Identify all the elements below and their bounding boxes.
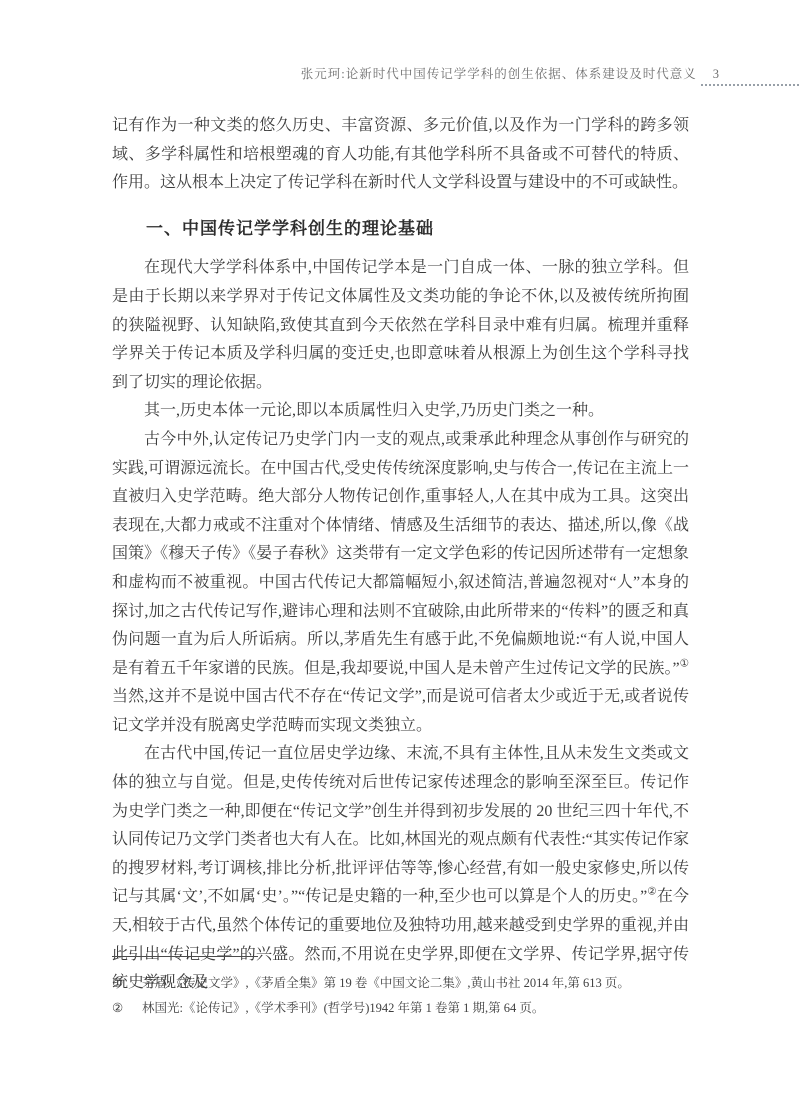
paragraph: 记有作为一种文类的悠久历史、丰富资源、多元价值,以及作为一门学科的跨多领域、多学… [112, 112, 689, 198]
document-page: 张元珂:论新时代中国传记学学科的创生依据、体系建设及时代意义 3 记有作为一种文… [0, 0, 799, 1114]
footnote-item: ②林国光:《论传记》,《学术季刊》(哲学号)1942 年第 1 卷第 1 期,第… [112, 996, 689, 1021]
footnote-ref: ② [647, 887, 657, 898]
paragraph: 古今中外,认定传记乃史学门内一支的观点,或秉承此种理念从事创作与研究的实践,可谓… [112, 426, 689, 741]
footnote-item: ①茅盾:《传记文学》,《茅盾全集》第 19 卷《中国文论二集》,黄山书社 201… [112, 971, 689, 996]
article-body: 记有作为一种文类的悠久历史、丰富资源、多元价值,以及作为一门学科的跨多领域、多学… [112, 112, 689, 998]
footnote-text: 林国光:《论传记》,《学术季刊》(哲学号)1942 年第 1 卷第 1 期,第 … [142, 996, 689, 1021]
paragraph-text: 古今中外,认定传记乃史学门内一支的观点,或秉承此种理念从事创作与研究的实践,可谓… [112, 431, 689, 677]
paragraph-text: 记有作为一种文类的悠久历史、丰富资源、多元价值,以及作为一门学科的跨多领域、多学… [112, 117, 689, 191]
footnote-area: ①茅盾:《传记文学》,《茅盾全集》第 19 卷《中国文论二集》,黄山书社 201… [112, 956, 689, 1021]
paragraph-text: 其一,历史本体一元论,即以本质属性归入史学,乃历史门类之一种。 [144, 402, 604, 419]
page-number: 3 [713, 67, 720, 82]
paragraph-text: 在古代中国,传记一直位居史学边缘、末流,不具有主体性,且从未发生文类或文体的独立… [112, 745, 689, 905]
footnote-list: ①茅盾:《传记文学》,《茅盾全集》第 19 卷《中国文论二集》,黄山书社 201… [112, 971, 689, 1021]
paragraph: 其一,历史本体一元论,即以本质属性归入史学,乃历史门类之一种。 [112, 397, 689, 426]
footnote-separator-rule [112, 956, 258, 957]
running-title: 张元珂:论新时代中国传记学学科的创生依据、体系建设及时代意义 [301, 64, 697, 82]
header-dotted-rule [701, 84, 799, 86]
section-heading: 一、中国传记学学科创生的理论基础 [112, 215, 689, 244]
page-header: 张元珂:论新时代中国传记学学科的创生依据、体系建设及时代意义 3 [0, 64, 720, 82]
footnote-marker: ② [112, 996, 142, 1021]
footnote-marker: ① [112, 971, 142, 996]
paragraph-text: 在现代大学学科体系中,中国传记学本是一门自成一体、一脉的独立学科。但是由于长期以… [112, 259, 689, 390]
footnote-ref: ① [680, 658, 689, 669]
paragraph: 在现代大学学科体系中,中国传记学本是一门自成一体、一脉的独立学科。但是由于长期以… [112, 254, 689, 397]
footnote-text: 茅盾:《传记文学》,《茅盾全集》第 19 卷《中国文论二集》,黄山书社 2014… [142, 971, 689, 996]
paragraph-text: 当然,这并不是说中国古代不存在“传记文学”,而是说可信者太少或近于无,或者说传记… [112, 688, 689, 734]
